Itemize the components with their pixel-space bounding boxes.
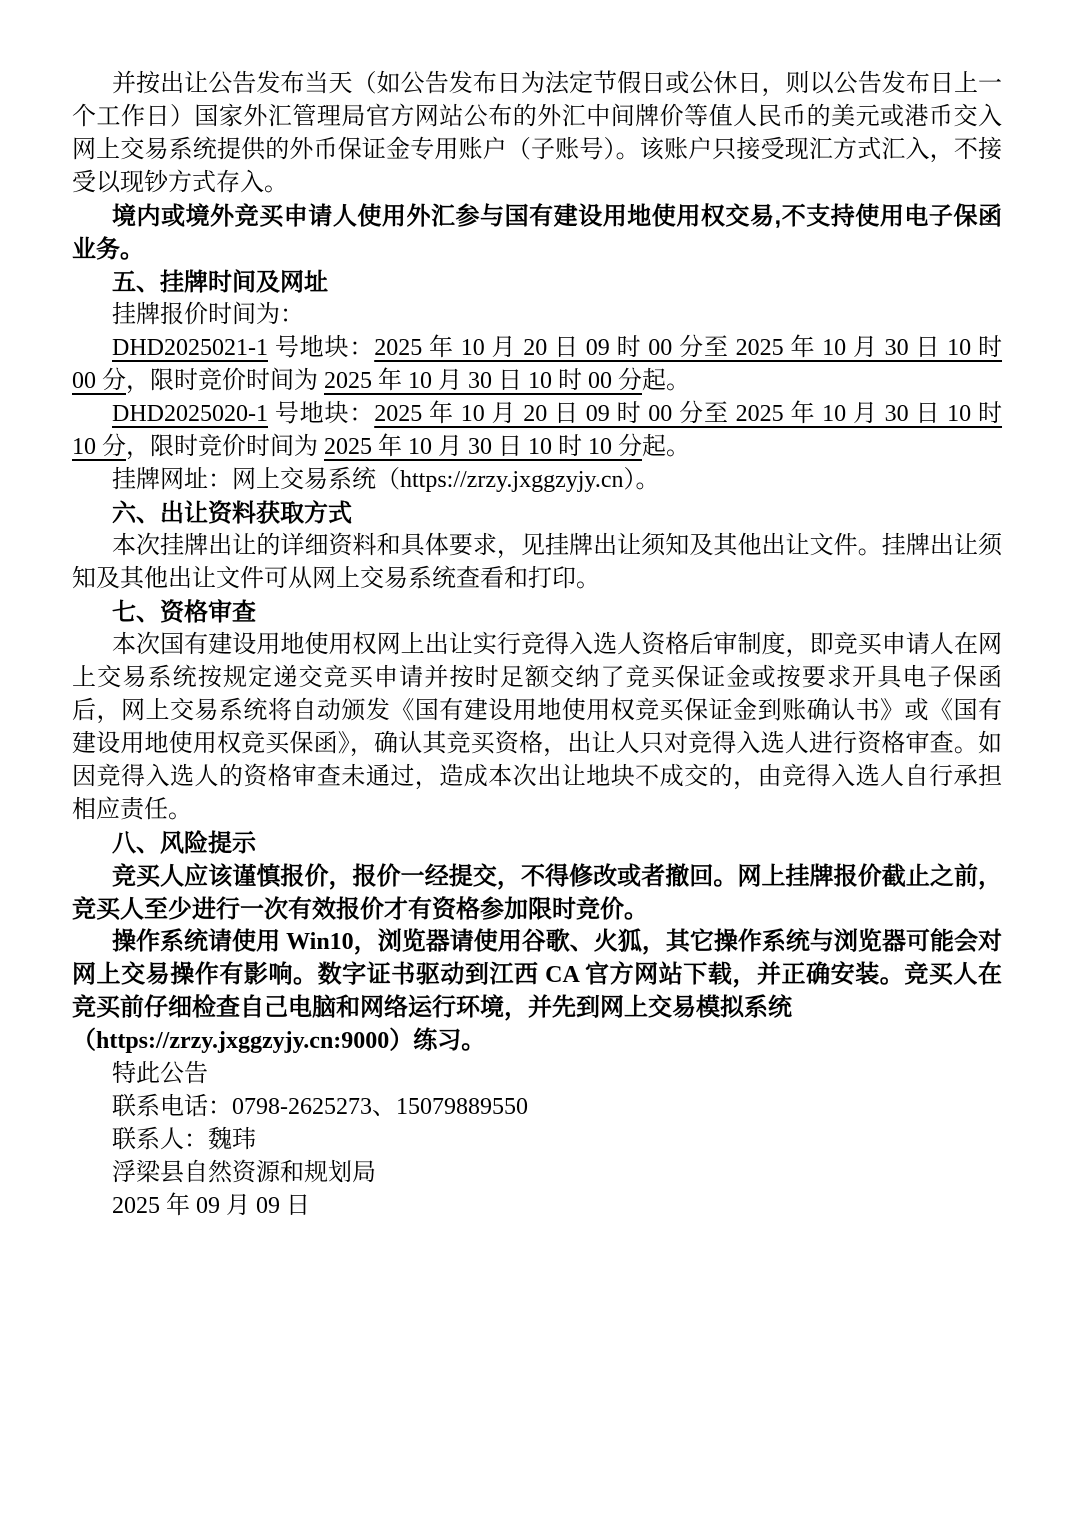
heading-section-8: 八、风险提示 [72,827,1002,860]
contact-phone: 联系电话：0798-2625273、15079889550 [72,1091,1002,1124]
contact-person: 联系人：魏玮 [72,1124,1002,1157]
heading-section-6: 六、出让资料获取方式 [72,497,1002,530]
plot2-schedule: DHD2025020-1 号地块：2025 年 10 月 20 日 09 时 0… [72,398,1002,464]
plot1-schedule: DHD2025021-1 号地块：2025 年 10 月 20 日 09 时 0… [72,332,1002,398]
paragraph-forex-restriction: 境内或境外竞买申请人使用外汇参与国有建设用地使用权交易,不支持使用电子保函业务。 [72,200,1002,266]
paragraph-bid-warning: 竞买人应该谨慎报价，报价一经提交，不得修改或者撤回。网上挂牌报价截止之前，竞买人… [72,860,1002,926]
plot2-mid-text: ，限时竞价时间为 [126,434,324,460]
paragraph-qualification: 本次国有建设用地使用权网上出让实行竞得入选人资格后审制度，即竞买申请人在网上交易… [72,629,1002,827]
paragraph-system-requirements: 操作系统请使用 Win10，浏览器请使用谷歌、火狐，其它操作系统与浏览器可能会对… [72,926,1002,1058]
paragraph-materials: 本次挂牌出让的详细资料和具体要求，见挂牌出让须知及其他出让文件。挂牌出让须知及其… [72,530,1002,596]
issue-date: 2025 年 09 月 09 日 [72,1190,1002,1223]
plot1-mid-text: ，限时竞价时间为 [126,368,324,394]
simulation-url-line: （https://zrzy.jxggzyjy.cn:9000）练习。 [72,1025,1002,1058]
closing-announcement: 特此公告 [72,1058,1002,1091]
heading-section-5: 五、挂牌时间及网址 [72,266,1002,299]
paragraph-forex-account: 并按出让公告发布当天（如公告发布日为法定节假日或公休日，则以公告发布日上一个工作… [72,68,1002,200]
heading-section-7: 七、资格审查 [72,596,1002,629]
issuer-signature: 浮梁县自然资源和规划局 [72,1157,1002,1190]
plot2-tail-text: 起。 [642,434,690,460]
plot2-auction-start: 2025 年 10 月 30 日 10 时 10 分 [324,434,642,460]
plot1-label: 号地块： [268,335,374,361]
plot1-tail-text: 起。 [642,368,690,394]
listing-time-label: 挂牌报价时间为： [72,299,1002,332]
document-page: 并按出让公告发布当天（如公告发布日为法定节假日或公休日，则以公告发布日上一个工作… [0,0,1074,1520]
plot2-code: DHD2025020-1 [112,401,268,427]
plot2-label: 号地块： [268,401,374,427]
system-requirements-text: 操作系统请使用 Win10，浏览器请使用谷歌、火狐，其它操作系统与浏览器可能会对… [72,929,1002,1021]
listing-website: 挂牌网址：网上交易系统（https://zrzy.jxggzyjy.cn）。 [72,464,1002,497]
plot1-code: DHD2025021-1 [112,335,268,361]
plot1-auction-start: 2025 年 10 月 30 日 10 时 00 分 [324,368,642,394]
